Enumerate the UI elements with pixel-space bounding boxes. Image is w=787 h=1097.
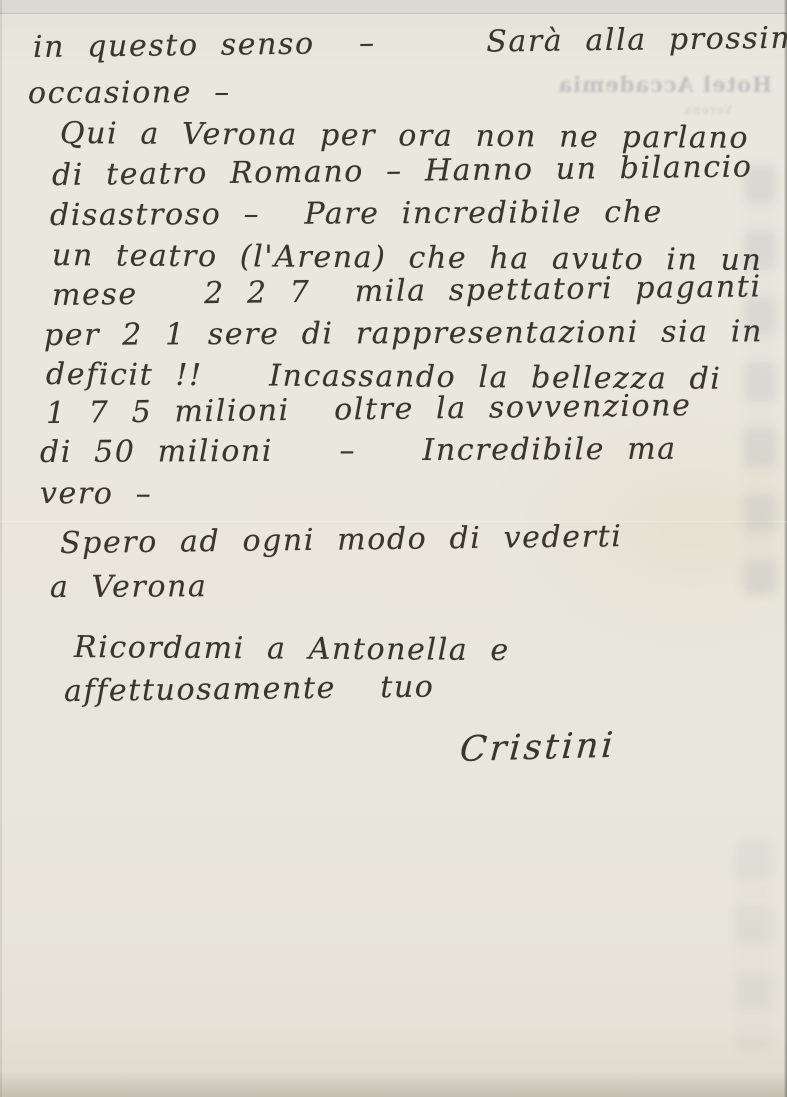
letterhead-bleed-through: Hotel Accademia Verona: [552, 72, 772, 117]
page-left-edge: [0, 0, 2, 1097]
letter-line: affettuosamente tuo: [64, 669, 435, 709]
letter-page: Hotel Accademia Verona in questo senso –…: [0, 0, 787, 1097]
letter-line: per 2 1 sere di rappresentazioni sia in: [44, 314, 763, 353]
letterhead-bleed-text: Hotel Accademia: [557, 72, 772, 97]
letter-line: di 50 milioni – Incredibile ma: [40, 432, 677, 470]
letter-line: Ricordami a Antonella e: [74, 630, 510, 668]
letter-line: di teatro Romano – Hanno un bilancio: [52, 149, 753, 193]
letter-line: occasione –: [28, 75, 231, 111]
letterhead-bleed-subtext: Verona: [552, 103, 732, 117]
print-bleed-through-upper: [744, 165, 776, 595]
letter-line: in questo senso – Sarà alla prossima: [33, 20, 787, 65]
page-bottom-shadow: [0, 1071, 787, 1097]
letter-line: Spero ad ogni modo di vederti: [60, 519, 623, 561]
signature: Cristini: [458, 726, 617, 770]
letter-line: vero –: [40, 476, 152, 512]
letter-line: disastroso – Pare incredibile che: [50, 195, 663, 233]
page-top-edge: [0, 0, 787, 14]
print-bleed-through-lower: [736, 840, 772, 1050]
letter-line: a Verona: [50, 569, 208, 605]
letter-line: 1 7 5 milioni oltre la sovvenzione: [46, 388, 692, 431]
letter-line: mese 2 2 7 mila spettatori paganti: [52, 269, 762, 313]
